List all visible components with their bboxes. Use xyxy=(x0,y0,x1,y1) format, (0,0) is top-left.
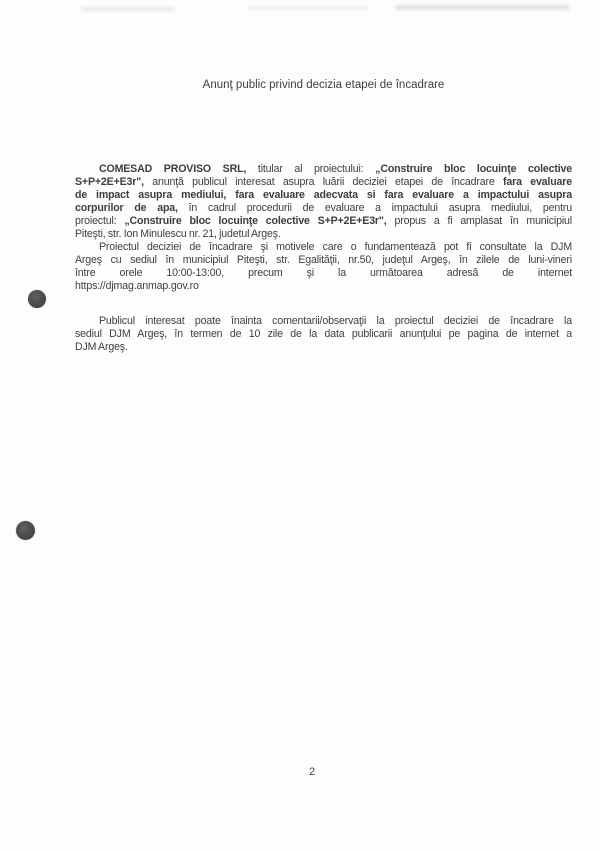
text-segment: între orele 10:00-13:00, precum şi la ur… xyxy=(75,267,572,279)
text-line: de impact asupra mediului, fara evaluare… xyxy=(75,189,572,202)
text-segment: în cadrul procedurii de evaluare a impac… xyxy=(178,202,572,214)
text-segment: Piteşti, str. Ion Minulescu nr. 21, jude… xyxy=(75,228,281,240)
text-line: Piteşti, str. Ion Minulescu nr. 21, jude… xyxy=(75,228,572,241)
url-text: https://djmag.anmap.gov.ro xyxy=(75,280,199,292)
scan-smudge xyxy=(395,5,570,10)
text-line: sediul DJM Argeş, în termen de 10 zile d… xyxy=(75,328,572,341)
text-segment: COMESAD PROVISO SRL, xyxy=(99,163,246,175)
text-segment: „Construire bloc locuinţe colective xyxy=(375,163,572,175)
text-segment: Proiectul deciziei de încadrare şi motiv… xyxy=(99,241,572,253)
text-segment: proiectul: xyxy=(75,215,124,227)
text-line: S+P+2E+E3r", anunţă publicul interesat a… xyxy=(75,176,572,189)
text-segment: Publicul interesat poate înainta comenta… xyxy=(99,315,572,327)
text-segment: Argeş cu sediul în municipiul Piteşti, s… xyxy=(75,254,572,266)
text-line: între orele 10:00-13:00, precum şi la ur… xyxy=(75,267,572,280)
text-line: https://djmag.anmap.gov.ro xyxy=(75,280,572,293)
text-line: Publicul interesat poate înainta comenta… xyxy=(75,315,572,328)
text-line: corpurilor de apa, în cadrul procedurii … xyxy=(75,202,572,215)
text-segment: titular al proiectului: xyxy=(246,163,375,175)
text-line: COMESAD PROVISO SRL, titular al proiectu… xyxy=(75,163,572,176)
text-segment: anunţă publicul interesat asupra luării … xyxy=(144,176,503,188)
text-line: proiectul: „Construire bloc locuinţe col… xyxy=(75,215,572,228)
text-segment: fara evaluare xyxy=(503,176,572,188)
paragraph: Publicul interesat poate înainta comenta… xyxy=(75,315,572,354)
text-line: Proiectul deciziei de încadrare şi motiv… xyxy=(75,241,572,254)
text-segment: S+P+2E+E3r", xyxy=(75,176,144,188)
page-number: 2 xyxy=(75,766,549,778)
text-segment: de impact asupra mediului, fara evaluare… xyxy=(75,189,572,201)
paragraph: Proiectul deciziei de încadrare şi motiv… xyxy=(75,241,572,293)
text-segment: DJM Argeş. xyxy=(75,341,128,353)
text-segment: sediul DJM Argeş, în termen de 10 zile d… xyxy=(75,328,572,340)
text-segment: propus a fi amplasat în municipiul xyxy=(387,215,572,227)
document-title: Anunţ public privind decizia etapei de î… xyxy=(75,78,572,92)
text-line: DJM Argeş. xyxy=(75,341,572,354)
scan-smudge xyxy=(248,6,368,10)
paragraph: COMESAD PROVISO SRL, titular al proiectu… xyxy=(75,163,572,241)
scan-smudge xyxy=(80,7,175,11)
hole-punch-top xyxy=(28,290,46,308)
hole-punch-bottom xyxy=(16,521,35,540)
scanned-page: Anunţ public privind decizia etapei de î… xyxy=(0,0,601,850)
text-line: Argeş cu sediul în municipiul Piteşti, s… xyxy=(75,254,572,267)
text-segment: „Construire bloc locuinţe colective S+P+… xyxy=(124,215,386,227)
text-segment: corpurilor de apa, xyxy=(75,202,178,214)
document-body: COMESAD PROVISO SRL, titular al proiectu… xyxy=(75,163,572,354)
